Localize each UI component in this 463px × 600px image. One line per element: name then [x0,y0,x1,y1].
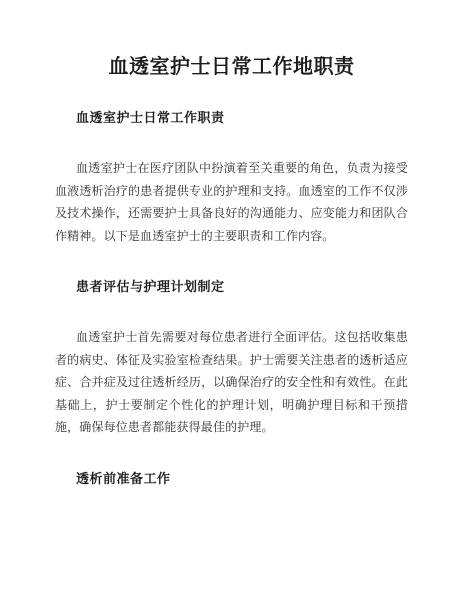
section-heading-patient-assessment: 患者评估与护理计划制定 [55,278,408,296]
body-paragraph: 血透室护士首先需要对每位患者进行全面评估。这包括收集患者的病史、体征及实验室检查… [55,326,408,439]
section-heading-overview: 血透室护士日常工作职责 [55,109,408,127]
body-paragraph: 血透室护士在医疗团队中扮演着至关重要的角色，负责为接受血液透析治疗的患者提供专业… [55,157,408,247]
document-page: 血透室护士日常工作地职责 血透室护士日常工作职责 血透室护士在医疗团队中扮演着至… [0,0,463,600]
document-title: 血透室护士日常工作地职责 [55,53,408,81]
section-patient-assessment: 患者评估与护理计划制定 血透室护士首先需要对每位患者进行全面评估。这包括收集患者… [55,278,408,439]
section-heading-pre-dialysis-preparation: 透析前准备工作 [55,470,408,488]
section-overview: 血透室护士日常工作职责 血透室护士在医疗团队中扮演着至关重要的角色，负责为接受血… [55,109,408,247]
section-pre-dialysis-preparation: 透析前准备工作 [55,470,408,488]
